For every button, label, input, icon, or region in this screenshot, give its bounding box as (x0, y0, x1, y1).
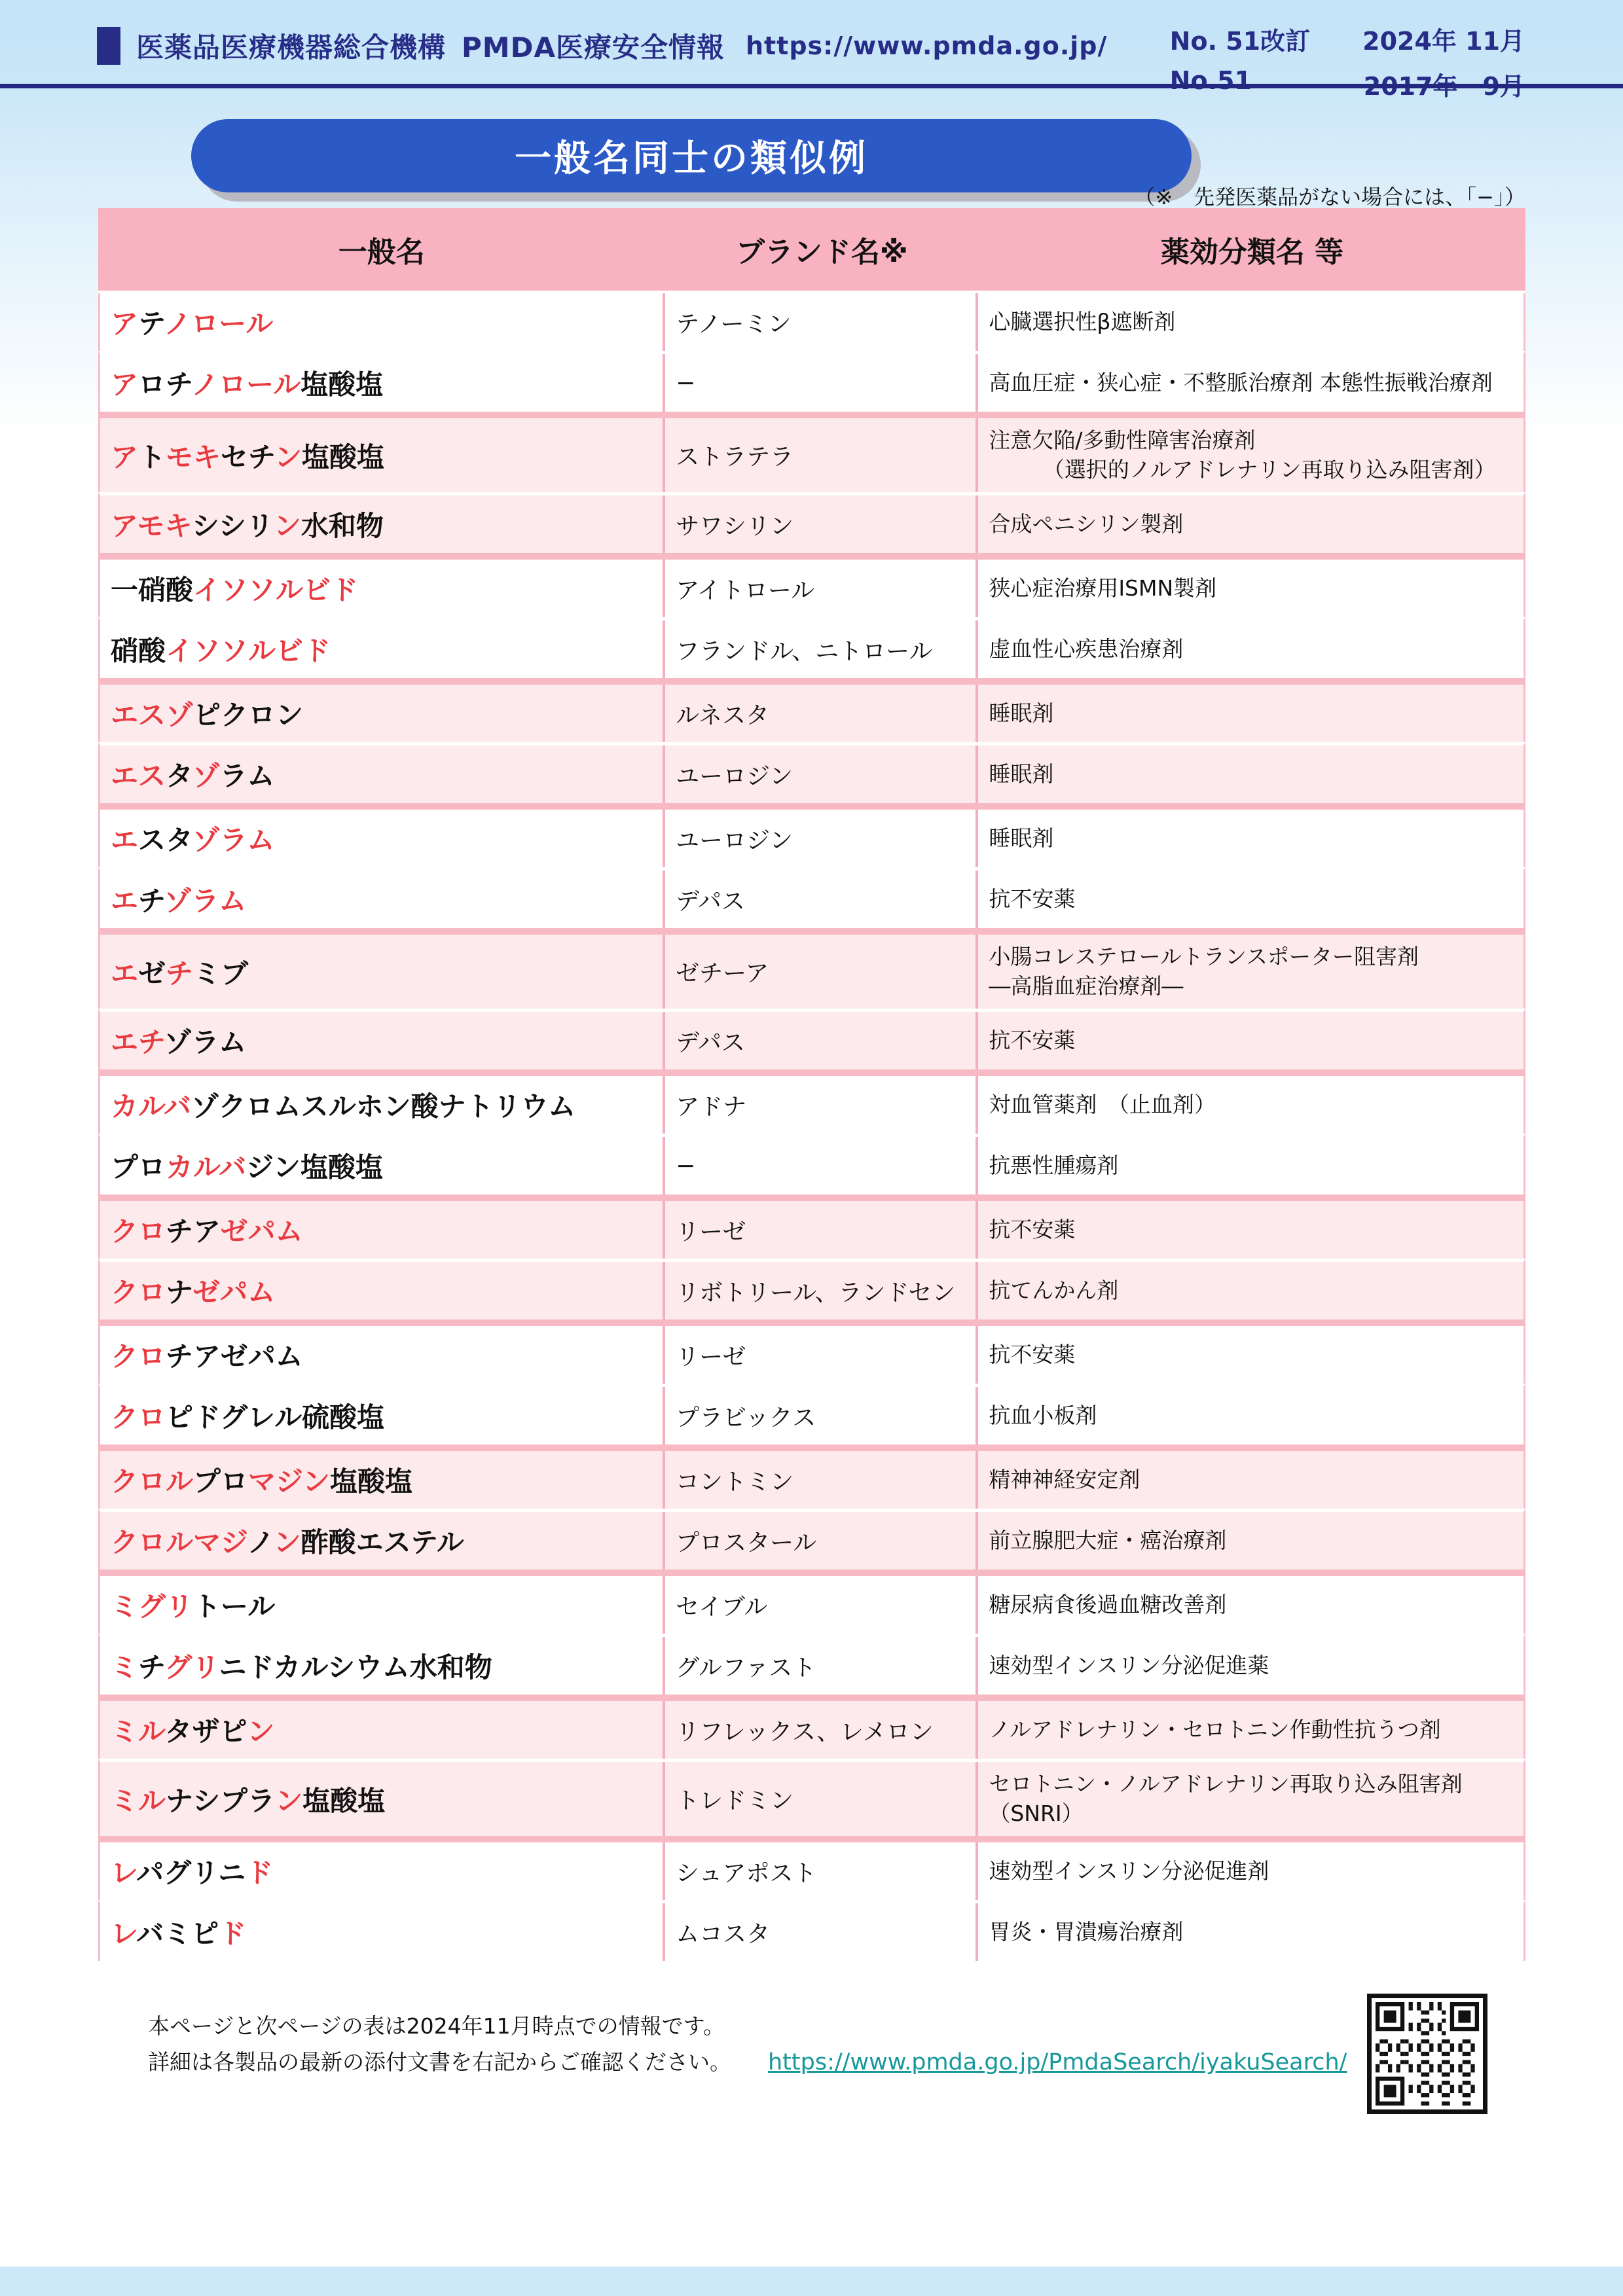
classification-cell: 抗てんかん剤 (978, 1262, 1523, 1319)
brand-name-cell: グルファスト (665, 1637, 978, 1695)
table-row: エチゾラムデパス抗不安薬 (98, 1009, 1525, 1069)
pair-group: クロチアゼパムリーゼ抗不安薬クロピドグレル硫酸塩プラビックス抗血小板剤 (98, 1319, 1525, 1444)
classification-cell: 速効型インスリン分泌促進薬 (978, 1637, 1523, 1695)
table-row: 硝酸イソソルビドフランドル、ニトロール虚血性心疾患治療剤 (98, 617, 1525, 678)
classification-cell: 睡眠剤 (978, 685, 1523, 742)
col-header-classification: 薬効分類名 等 (979, 228, 1525, 270)
brand-name-cell: フランドル、ニトロール (665, 620, 978, 678)
brand-name-cell: ストラテラ (665, 418, 978, 492)
classification-cell: 抗血小板剤 (978, 1387, 1523, 1444)
table-row: ミルタザピンリフレックス、レメロンノルアドレナリン・セロトニン作動性抗うつ剤 (98, 1701, 1525, 1759)
generic-name-cell: レバミピド (100, 1903, 665, 1961)
generic-name-cell: エスタゾラム (100, 810, 665, 867)
org-name: 医薬品医療機器総合機構 (136, 26, 446, 65)
generic-name-cell: クロナゼパム (100, 1262, 665, 1319)
iyaku-search-link[interactable]: https://www.pmda.go.jp/PmdaSearch/iyakuS… (768, 2044, 1347, 2081)
generic-name-cell: クロチアゼパム (100, 1326, 665, 1384)
table-row: エスゾピクロンルネスタ睡眠剤 (98, 685, 1525, 742)
classification-cell: 高血圧症・狭心症・不整脈治療剤 本態性振戦治療剤 (978, 354, 1523, 412)
generic-name-cell: ミルナシプラン塩酸塩 (100, 1762, 665, 1836)
pair-group: アトモキセチン塩酸塩ストラテラ注意欠陥/多動性障害治療剤 （選択的ノルアドレナリ… (98, 412, 1525, 553)
brand-name-cell: アドナ (665, 1076, 978, 1134)
pmda-url: https://www.pmda.go.jp/ (746, 31, 1107, 60)
generic-name-cell: エスタゾラム (100, 745, 665, 803)
generic-name-cell: レパグリニド (100, 1842, 665, 1900)
classification-cell: セロトニン・ノルアドレナリン再取り込み阻害剤（SNRI） (978, 1762, 1523, 1836)
brand-name-cell: サワシリン (665, 495, 978, 553)
classification-cell: 抗悪性腫瘍剤 (978, 1137, 1523, 1194)
table-row: エチゾラムデパス抗不安薬 (98, 867, 1525, 928)
generic-name-cell: エチゾラム (100, 1012, 665, 1069)
brand-name-cell: プラビックス (665, 1387, 978, 1444)
generic-name-cell: エスゾピクロン (100, 685, 665, 742)
table-row: クロチアゼパムリーゼ抗不安薬 (98, 1326, 1525, 1384)
pair-group: エスゾピクロンルネスタ睡眠剤エスタゾラムユーロジン睡眠剤 (98, 678, 1525, 803)
issue-no-revised: No. 51改訂 (1170, 21, 1310, 57)
generic-name-cell: ミルタザピン (100, 1701, 665, 1759)
footer-note-line1: 本ページと次ページの表は2024年11月時点での情報です。 (148, 2009, 1347, 2044)
brand-name-cell: コントミン (665, 1451, 978, 1509)
brand-name-cell: ムコスタ (665, 1903, 978, 1961)
col-header-generic-name: 一般名 (98, 228, 665, 270)
table-row: アテノロールテノーミン心臓選択性β遮断剤 (98, 293, 1525, 351)
brand-name-cell: トレドミン (665, 1762, 978, 1836)
generic-name-cell: アトモキセチン塩酸塩 (100, 418, 665, 492)
brand-name-cell: ユーロジン (665, 810, 978, 867)
table-row: レバミピドムコスタ胃炎・胃潰瘍治療剤 (98, 1900, 1525, 1961)
table-row: 一硝酸イソソルビドアイトロール狭心症治療用ISMN製剤 (98, 560, 1525, 617)
generic-name-cell: アテノロール (100, 293, 665, 351)
issue-date-revised: 2024年 11月 (1362, 21, 1525, 57)
classification-cell: 前立腺肥大症・癌治療剤 (978, 1512, 1523, 1570)
generic-name-cell: プロカルバジン塩酸塩 (100, 1137, 665, 1194)
generic-name-cell: クロチアゼパム (100, 1201, 665, 1259)
table-row: ミチグリニドカルシウム水和物グルファスト速効型インスリン分泌促進薬 (98, 1634, 1525, 1695)
table-header: 一般名 ブランド名※ 薬効分類名 等 (98, 208, 1525, 291)
generic-name-cell: ミチグリニドカルシウム水和物 (100, 1637, 665, 1695)
brand-name-cell: ルネスタ (665, 685, 978, 742)
table-row: アモキシシリン水和物サワシリン合成ペニシリン製剤 (98, 492, 1525, 553)
pair-group: カルバゾクロムスルホン酸ナトリウムアドナ対血管薬剤 （止血剤）プロカルバジン塩酸… (98, 1069, 1525, 1194)
brand-name-cell: − (665, 354, 978, 412)
brand-name-cell: ゼチーア (665, 935, 978, 1009)
generic-name-cell: クロルマジノン酢酸エステル (100, 1512, 665, 1570)
classification-cell: ノルアドレナリン・セロトニン作動性抗うつ剤 (978, 1701, 1523, 1759)
classification-cell: 抗不安薬 (978, 1012, 1523, 1069)
generic-name-cell: アモキシシリン水和物 (100, 495, 665, 553)
footer-note: 本ページと次ページの表は2024年11月時点での情報です。 詳細は各製品の最新の… (148, 2009, 1347, 2081)
classification-cell: 注意欠陥/多動性障害治療剤 （選択的ノルアドレナリン再取り込み阻害剤） (978, 418, 1523, 492)
pair-group: クロチアゼパムリーゼ抗不安薬クロナゼパムリボトリール、ランドセン抗てんかん剤 (98, 1194, 1525, 1319)
header-bar: 医薬品医療機器総合機構 PMDA医療安全情報 https://www.pmda.… (97, 17, 1525, 102)
drug-table: 一般名 ブランド名※ 薬効分類名 等 アテノロールテノーミン心臓選択性β遮断剤ア… (98, 208, 1525, 1961)
pair-group: ミルタザピンリフレックス、レメロンノルアドレナリン・セロトニン作動性抗うつ剤ミル… (98, 1695, 1525, 1836)
table-row: ミグリトールセイブル糖尿病食後過血糖改善剤 (98, 1576, 1525, 1634)
generic-name-cell: 硝酸イソソルビド (100, 620, 665, 678)
table-row: クロナゼパムリボトリール、ランドセン抗てんかん剤 (98, 1259, 1525, 1319)
qr-code (1367, 1994, 1487, 2114)
pair-group: アテノロールテノーミン心臓選択性β遮断剤アロチノロール塩酸塩−高血圧症・狭心症・… (98, 291, 1525, 412)
footnote: （※ 先発医薬品がない場合には、「−」） (1134, 181, 1525, 211)
table-row: エスタゾラムユーロジン睡眠剤 (98, 742, 1525, 803)
table-row: アロチノロール塩酸塩−高血圧症・狭心症・不整脈治療剤 本態性振戦治療剤 (98, 351, 1525, 412)
table-row: カルバゾクロムスルホン酸ナトリウムアドナ対血管薬剤 （止血剤） (98, 1076, 1525, 1134)
navy-divider (0, 84, 1623, 88)
brand-name-cell: リフレックス、レメロン (665, 1701, 978, 1759)
brand-name-cell: デパス (665, 870, 978, 928)
table-row: エゼチミブゼチーア小腸コレステロールトランスポーター阻害剤―高脂血症治療剤― (98, 935, 1525, 1009)
pair-group: 一硝酸イソソルビドアイトロール狭心症治療用ISMN製剤硝酸イソソルビドフランドル… (98, 553, 1525, 678)
table-body: アテノロールテノーミン心臓選択性β遮断剤アロチノロール塩酸塩−高血圧症・狭心症・… (98, 291, 1525, 1961)
pair-group: クロルプロマジン塩酸塩コントミン精神神経安定剤クロルマジノン酢酸エステルプロスタ… (98, 1444, 1525, 1570)
classification-cell: 心臓選択性β遮断剤 (978, 293, 1523, 351)
table-row: クロピドグレル硫酸塩プラビックス抗血小板剤 (98, 1384, 1525, 1444)
table-row: ミルナシプラン塩酸塩トレドミンセロトニン・ノルアドレナリン再取り込み阻害剤（SN… (98, 1759, 1525, 1836)
brand-name-cell: − (665, 1137, 978, 1194)
pair-group: ミグリトールセイブル糖尿病食後過血糖改善剤ミチグリニドカルシウム水和物グルファス… (98, 1570, 1525, 1695)
brand-name-cell: ユーロジン (665, 745, 978, 803)
brand-name-cell: テノーミン (665, 293, 978, 351)
brand-name-cell: シュアポスト (665, 1842, 978, 1900)
table-row: クロルプロマジン塩酸塩コントミン精神神経安定剤 (98, 1451, 1525, 1509)
classification-cell: 抗不安薬 (978, 870, 1523, 928)
brand-name-cell: アイトロール (665, 560, 978, 617)
brand-name-cell: セイブル (665, 1576, 978, 1634)
brand-name-cell: プロスタール (665, 1512, 978, 1570)
classification-cell: 小腸コレステロールトランスポーター阻害剤―高脂血症治療剤― (978, 935, 1523, 1009)
classification-cell: 狭心症治療用ISMN製剤 (978, 560, 1523, 617)
classification-cell: 睡眠剤 (978, 810, 1523, 867)
footer-note-line2: 詳細は各製品の最新の添付文書を右記からご確認ください。 (148, 2045, 731, 2080)
generic-name-cell: カルバゾクロムスルホン酸ナトリウム (100, 1076, 665, 1134)
generic-name-cell: 一硝酸イソソルビド (100, 560, 665, 617)
generic-name-cell: ミグリトール (100, 1576, 665, 1634)
classification-cell: 虚血性心疾患治療剤 (978, 620, 1523, 678)
brand-name-cell: デパス (665, 1012, 978, 1069)
classification-cell: 合成ペニシリン製剤 (978, 495, 1523, 553)
generic-name-cell: アロチノロール塩酸塩 (100, 354, 665, 412)
brand-name-cell: リーゼ (665, 1201, 978, 1259)
pair-group: レパグリニドシュアポスト速効型インスリン分泌促進剤レバミピドムコスタ胃炎・胃潰瘍… (98, 1836, 1525, 1961)
table-row: プロカルバジン塩酸塩−抗悪性腫瘍剤 (98, 1134, 1525, 1194)
brand-name-cell: リボトリール、ランドセン (665, 1262, 978, 1319)
table-row: アトモキセチン塩酸塩ストラテラ注意欠陥/多動性障害治療剤 （選択的ノルアドレナリ… (98, 418, 1525, 492)
col-header-brand-name: ブランド名※ (665, 228, 979, 270)
classification-cell: 胃炎・胃潰瘍治療剤 (978, 1903, 1523, 1961)
classification-cell: 抗不安薬 (978, 1326, 1523, 1384)
title-banner: 一般名同士の類似例 (191, 119, 1192, 192)
issue-info: No. 51改訂 2024年 11月 No.51 2017年 9月 (1170, 17, 1525, 102)
table-row: クロチアゼパムリーゼ抗不安薬 (98, 1201, 1525, 1259)
table-row: クロルマジノン酢酸エステルプロスタール前立腺肥大症・癌治療剤 (98, 1509, 1525, 1570)
table-row: エスタゾラムユーロジン睡眠剤 (98, 810, 1525, 867)
classification-cell: 対血管薬剤 （止血剤） (978, 1076, 1523, 1134)
generic-name-cell: エチゾラム (100, 870, 665, 928)
generic-name-cell: クロピドグレル硫酸塩 (100, 1387, 665, 1444)
generic-name-cell: エゼチミブ (100, 935, 665, 1009)
classification-cell: 睡眠剤 (978, 745, 1523, 803)
publication-title: PMDA医療安全情報 (462, 26, 725, 65)
table-row: レパグリニドシュアポスト速効型インスリン分泌促進剤 (98, 1842, 1525, 1900)
classification-cell: 速効型インスリン分泌促進剤 (978, 1842, 1523, 1900)
pmda-square-icon (97, 27, 120, 65)
page-title: 一般名同士の類似例 (515, 130, 868, 182)
classification-cell: 抗不安薬 (978, 1201, 1523, 1259)
classification-cell: 精神神経安定剤 (978, 1451, 1523, 1509)
pair-group: エスタゾラムユーロジン睡眠剤エチゾラムデパス抗不安薬 (98, 803, 1525, 928)
generic-name-cell: クロルプロマジン塩酸塩 (100, 1451, 665, 1509)
pair-group: エゼチミブゼチーア小腸コレステロールトランスポーター阻害剤―高脂血症治療剤―エチ… (98, 928, 1525, 1069)
brand-name-cell: リーゼ (665, 1326, 978, 1384)
classification-cell: 糖尿病食後過血糖改善剤 (978, 1576, 1523, 1634)
